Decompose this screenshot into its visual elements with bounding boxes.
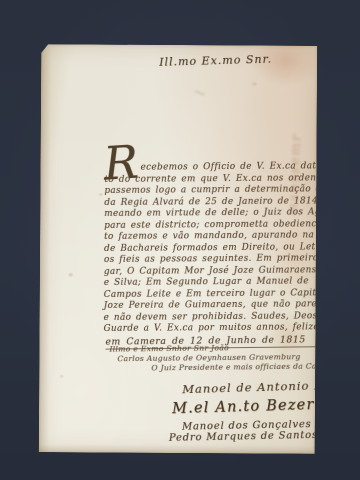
foxing-spot [251,81,258,86]
address-line: Illmo e Exmo Snhor Snr João [109,343,229,353]
signature: Manoel de Antonio Bezerra [182,377,360,396]
photo-background: msnrsemr Ill.mo Ex.mo Snr. ~ R ecebemos … [0,0,360,480]
manuscript-page: msnrsemr Ill.mo Ex.mo Snr. ~ R ecebemos … [39,44,317,454]
body-line: e Silva; Em Segundo Lugar a Manuel de [104,276,314,289]
paper-bottom-edge-shading [39,444,315,454]
body-line: ecebemos o Officio de V. Ex.ca datado do… [104,161,314,174]
salutation: Ill.mo Ex.mo Snr. [159,53,272,69]
body-line: to fazemos e vão mandando, apurando na f… [104,230,314,243]
foxing-spot [59,374,64,378]
letter-body: ecebemos o Officio de V. Ex.ca datado do… [103,162,314,336]
address-line: O Juiz Presidente e mais officiaes da Ca… [151,361,331,372]
foxing-spot [68,272,74,277]
body-line: Joze Pereira de Guimaraens, que não pare… [104,299,314,312]
signature: Pedro Marques de Santos [169,430,318,444]
ink-smudge: ~ [190,82,209,104]
foxing-spot [98,193,103,197]
body-line: meando em virtude de delle; o Juiz dos A… [104,207,314,220]
signature: M.el An.to Bezerra de M.do [172,394,360,417]
body-line: os fieis as pessoas seguintes. Em primei… [104,253,314,266]
body-line: Guarde a V. Ex.ca por muitos annos, feli… [103,322,313,335]
paper-left-edge-shading [39,44,51,452]
body-line: passemos logo a cumprir a determinação d… [104,184,314,197]
